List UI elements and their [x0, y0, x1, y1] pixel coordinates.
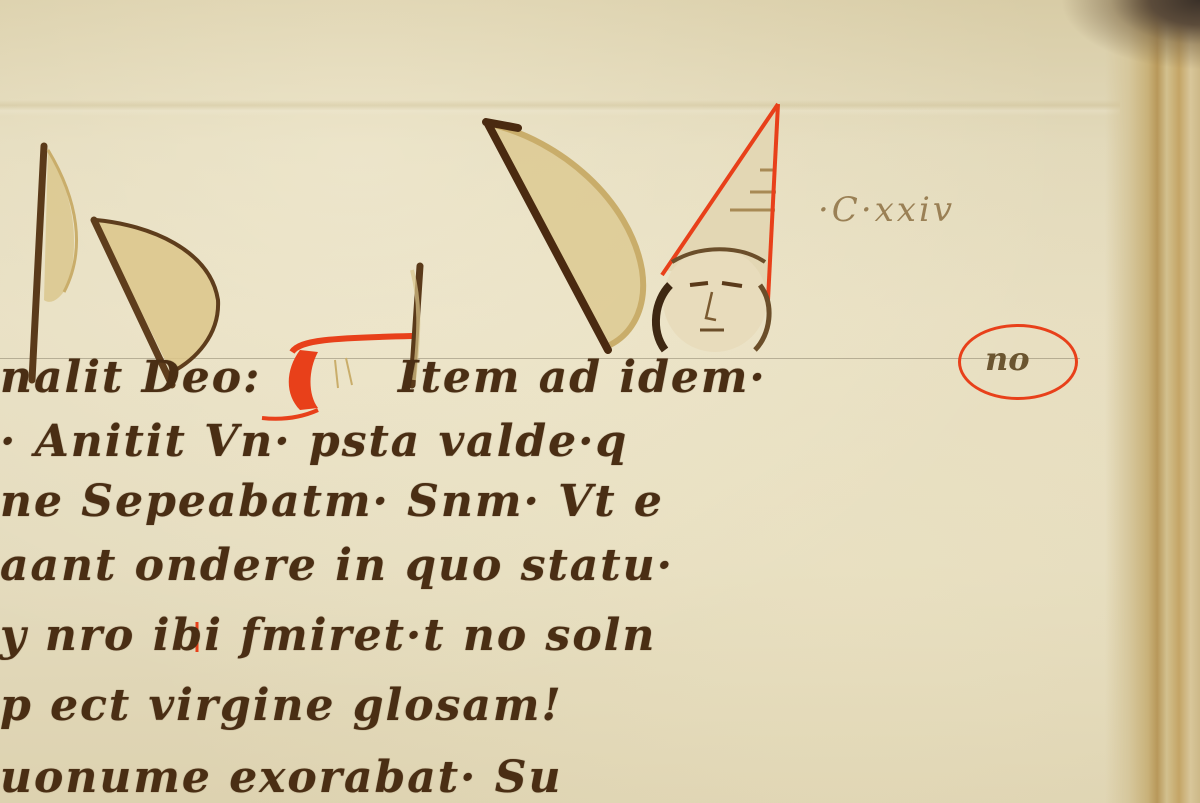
- rubric-initial-red: [262, 336, 412, 419]
- text-line-5: y nro ibi fmiret·t no soln: [0, 610, 656, 661]
- ascender-d-right: [486, 122, 643, 350]
- bishop-head-drawing: [656, 104, 778, 352]
- circled-note-text: no: [985, 340, 1030, 378]
- ascender-d-left: [32, 146, 77, 380]
- text-line-1b: Item ad idem·: [398, 352, 767, 403]
- text-line-2: · Anitit Vn· psta valde·q: [0, 416, 628, 467]
- text-line-4: aant ondere in quo statu·: [0, 540, 674, 591]
- text-line-7: uonume exorabat· Su: [0, 752, 562, 803]
- text-line-6: p ect virgine glosam!: [0, 680, 563, 731]
- text-line-1a: nalit Deo:: [0, 352, 261, 403]
- text-line-3: ne Sepeabatm· Snm· Vt e: [0, 476, 664, 527]
- marginal-folio-note: ·C·xxiv: [818, 190, 955, 230]
